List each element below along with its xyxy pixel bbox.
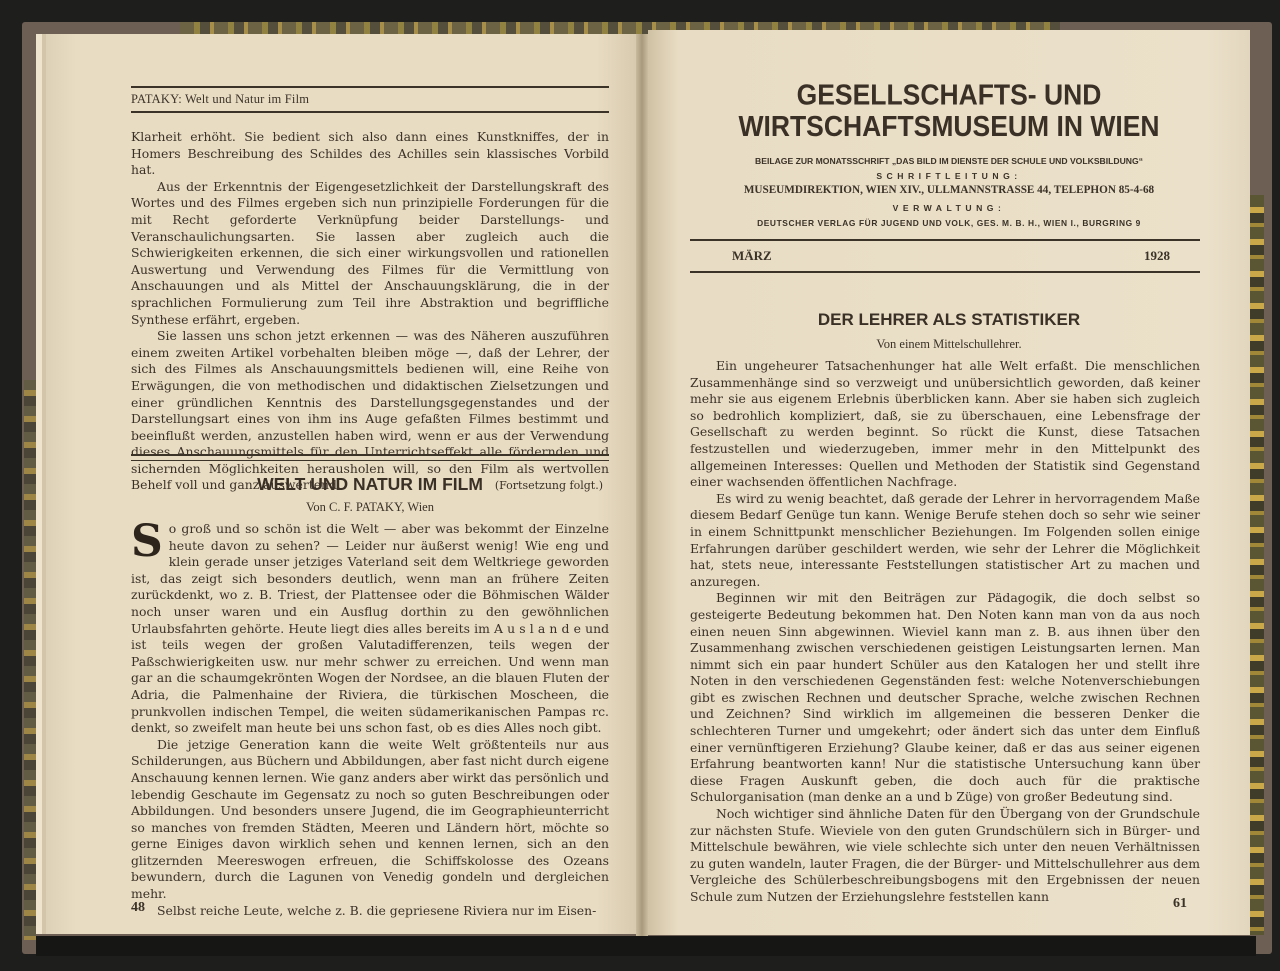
- masthead-title: GESELLSCHAFTS- UND WIRTSCHAFTSMUSEUM IN …: [668, 80, 1230, 143]
- masthead-editorial-address: MUSEUMDIREKTION, WIEN XIV., ULLMANNSTRAS…: [668, 184, 1230, 196]
- issue-date-bar: MÄRZ 1928: [690, 239, 1200, 273]
- paragraph: Klarheit erhöht. Sie bedient sich also d…: [131, 129, 609, 179]
- issue-month: MÄRZ: [732, 248, 772, 264]
- article-title: DER LEHRER ALS STATISTIKER: [668, 310, 1230, 330]
- marbled-edge-left: [24, 380, 36, 940]
- masthead-admin-address: DEUTSCHER VERLAG FÜR JUGEND UND VOLK, GE…: [668, 218, 1230, 228]
- article-body: Ein ungeheurer Tatsachenhunger hat alle …: [690, 358, 1200, 906]
- bottom-shadow: [36, 936, 1256, 956]
- running-head: PATAKY: Welt und Natur im Film: [131, 86, 609, 113]
- paragraph: Beginnen wir mit den Beiträgen zur Pädag…: [690, 590, 1200, 806]
- paragraph: Ein ungeheurer Tatsachenhunger hat alle …: [690, 358, 1200, 491]
- paragraph: Selbst reiche Leute, welche z. B. die ge…: [131, 903, 609, 920]
- marbled-edge-right: [1250, 195, 1264, 935]
- section-divider: [131, 454, 609, 461]
- left-page: PATAKY: Welt und Natur im Film Klarheit …: [36, 34, 636, 934]
- paragraph: Es wird zu wenig beachtet, daß gerade de…: [690, 491, 1200, 591]
- article-byline: Von C. F. PATAKY, Wien: [131, 500, 609, 515]
- masthead-editorial-label: SCHRIFTLEITUNG:: [668, 171, 1230, 181]
- drop-cap: S: [131, 523, 163, 561]
- paragraph: Noch wichtiger sind ähnliche Daten für d…: [690, 806, 1200, 906]
- article-title: WELT UND NATUR IM FILM: [131, 474, 609, 495]
- page-number: 61: [1173, 896, 1187, 912]
- continued-article-text: Klarheit erhöht. Sie bedient sich also d…: [131, 129, 609, 495]
- issue-year: 1928: [1144, 248, 1170, 264]
- right-page: GESELLSCHAFTS- UND WIRTSCHAFTSMUSEUM IN …: [648, 30, 1250, 935]
- page-number: 48: [131, 900, 145, 916]
- paragraph: Aus der Erkenntnis der Eigengesetzlichke…: [131, 179, 609, 328]
- book-gutter: [636, 34, 648, 936]
- masthead-admin-label: VERWALTUNG:: [668, 203, 1230, 213]
- paragraph: So groß und so schön ist die Welt — aber…: [131, 521, 609, 737]
- article-body: So groß und so schön ist die Welt — aber…: [131, 521, 609, 919]
- paragraph: Sie lassen uns schon jetzt erkennen — wa…: [131, 328, 609, 494]
- paragraph: Die jetzige Generation kann die weite We…: [131, 737, 609, 903]
- masthead-supplement: BEILAGE ZUR MONATSSCHRIFT „DAS BILD IM D…: [668, 156, 1230, 166]
- article-byline: Von einem Mittelschullehrer.: [668, 337, 1230, 352]
